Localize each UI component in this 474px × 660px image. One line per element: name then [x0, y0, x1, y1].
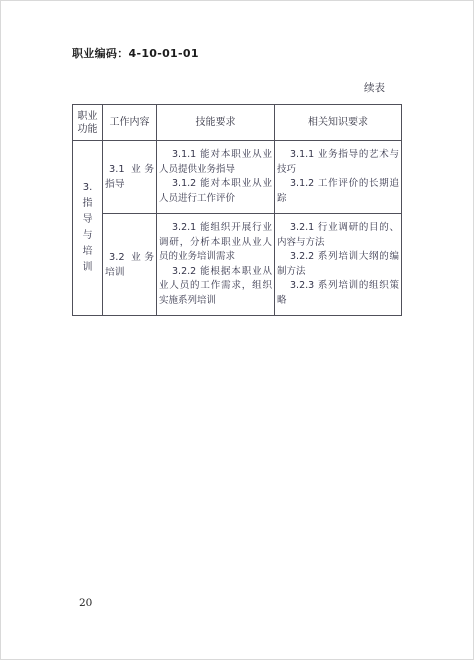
- cell-skills-3-1: 3.1.1 能对本职业从业人员提供业务指导 3.1.2 能对本职业从业人员进行工…: [157, 141, 275, 214]
- cell-knowledge-3-1: 3.1.1 业务指导的艺术与技巧 3.1.2 工作评价的长期追踪: [275, 141, 402, 214]
- document-page: 职业编码：4-10-01-01 续表 职业 功能 工作内容 技能要求 相关知识要…: [0, 0, 474, 660]
- skills-requirements-table: 职业 功能 工作内容 技能要求 相关知识要求 3. 指 导 与 培 训 3.1 …: [72, 104, 402, 316]
- header-cell-knowledge-requirements: 相关知识要求: [275, 105, 402, 141]
- cell-skills-3-2: 3.2.1 能组织开展行业调研，分析本职业从业人员的业务培训需求 3.2.2 能…: [157, 214, 275, 316]
- skill-item: 3.1.2 能对本职业从业人员进行工作评价: [159, 177, 272, 206]
- occupation-code: 职业编码：4-10-01-01: [72, 45, 199, 61]
- knowledge-item: 3.2.3 系列培训的组织策略: [277, 279, 399, 308]
- continued-table-label: 续表: [364, 80, 385, 95]
- skill-item: 3.1.1 能对本职业从业人员提供业务指导: [159, 148, 272, 177]
- header-cell-function: 职业 功能: [73, 105, 103, 141]
- knowledge-item: 3.2.1 行业调研的目的、内容与方法: [277, 221, 399, 250]
- knowledge-item: 3.1.2 工作评价的长期追踪: [277, 177, 399, 206]
- cell-work-item-3-1: 3.1 业务指导: [103, 141, 157, 214]
- table-row-guidance: 3. 指 导 与 培 训 3.1 业务指导 3.1.1 能对本职业从业人员提供业…: [73, 141, 402, 214]
- header-cell-skill-requirements: 技能要求: [157, 105, 275, 141]
- skill-item: 3.2.2 能根据本职业从业人员的工作需求，组织实施系列培训: [159, 265, 272, 309]
- table-header-row: 职业 功能 工作内容 技能要求 相关知识要求: [73, 105, 402, 141]
- header-cell-work-content: 工作内容: [103, 105, 157, 141]
- cell-knowledge-3-2: 3.2.1 行业调研的目的、内容与方法 3.2.2 系列培训大纲的编制方法 3.…: [275, 214, 402, 316]
- cell-work-item-3-2: 3.2 业务培训: [103, 214, 157, 316]
- knowledge-item: 3.1.1 业务指导的艺术与技巧: [277, 148, 399, 177]
- table-row-training: 3.2 业务培训 3.2.1 能组织开展行业调研，分析本职业从业人员的业务培训需…: [73, 214, 402, 316]
- cell-function-group: 3. 指 导 与 培 训: [73, 141, 103, 316]
- knowledge-item: 3.2.2 系列培训大纲的编制方法: [277, 250, 399, 279]
- skill-item: 3.2.1 能组织开展行业调研，分析本职业从业人员的业务培训需求: [159, 221, 272, 265]
- page-number: 20: [79, 597, 92, 609]
